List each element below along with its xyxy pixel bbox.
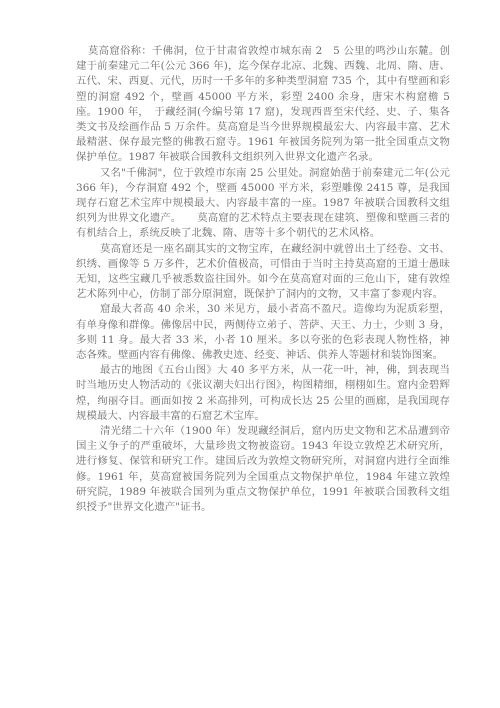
paragraph-history: 清光绪二十六年（1900 年）发现藏经洞后，窟内历史文物和艺术品遭到帝国主义争子…	[76, 424, 450, 515]
paragraph-intro: 莫高窟俗称：千佛洞，位于甘肃省敦煌市城东南 2 5 公里的鸣沙山东麓。创建于前秦…	[76, 44, 450, 166]
paragraph-alias: 又名"千佛洞"，位于敦煌市东南 25 公里处。洞窟始凿于前秦建元二年(公元 36…	[76, 166, 450, 242]
document-page: 莫高窟俗称：千佛洞，位于甘肃省敦煌市城东南 2 5 公里的鸣沙山东麓。创建于前秦…	[76, 44, 450, 515]
paragraph-map: 最古的地图《五台山图》大 40 多平方米，从一花一叶，神，佛，到表现当时当地历史…	[76, 363, 450, 424]
paragraph-statues: 窟最大者高 40 余米，30 米见方，最小者高不盈尺。造像均为泥质彩塑，有单身像…	[76, 302, 450, 363]
paragraph-treasury: 莫高窟还是一座名副其实的文物宝库，在藏经洞中就曾出土了经卷、文书、织绣、画像等 …	[76, 242, 450, 303]
